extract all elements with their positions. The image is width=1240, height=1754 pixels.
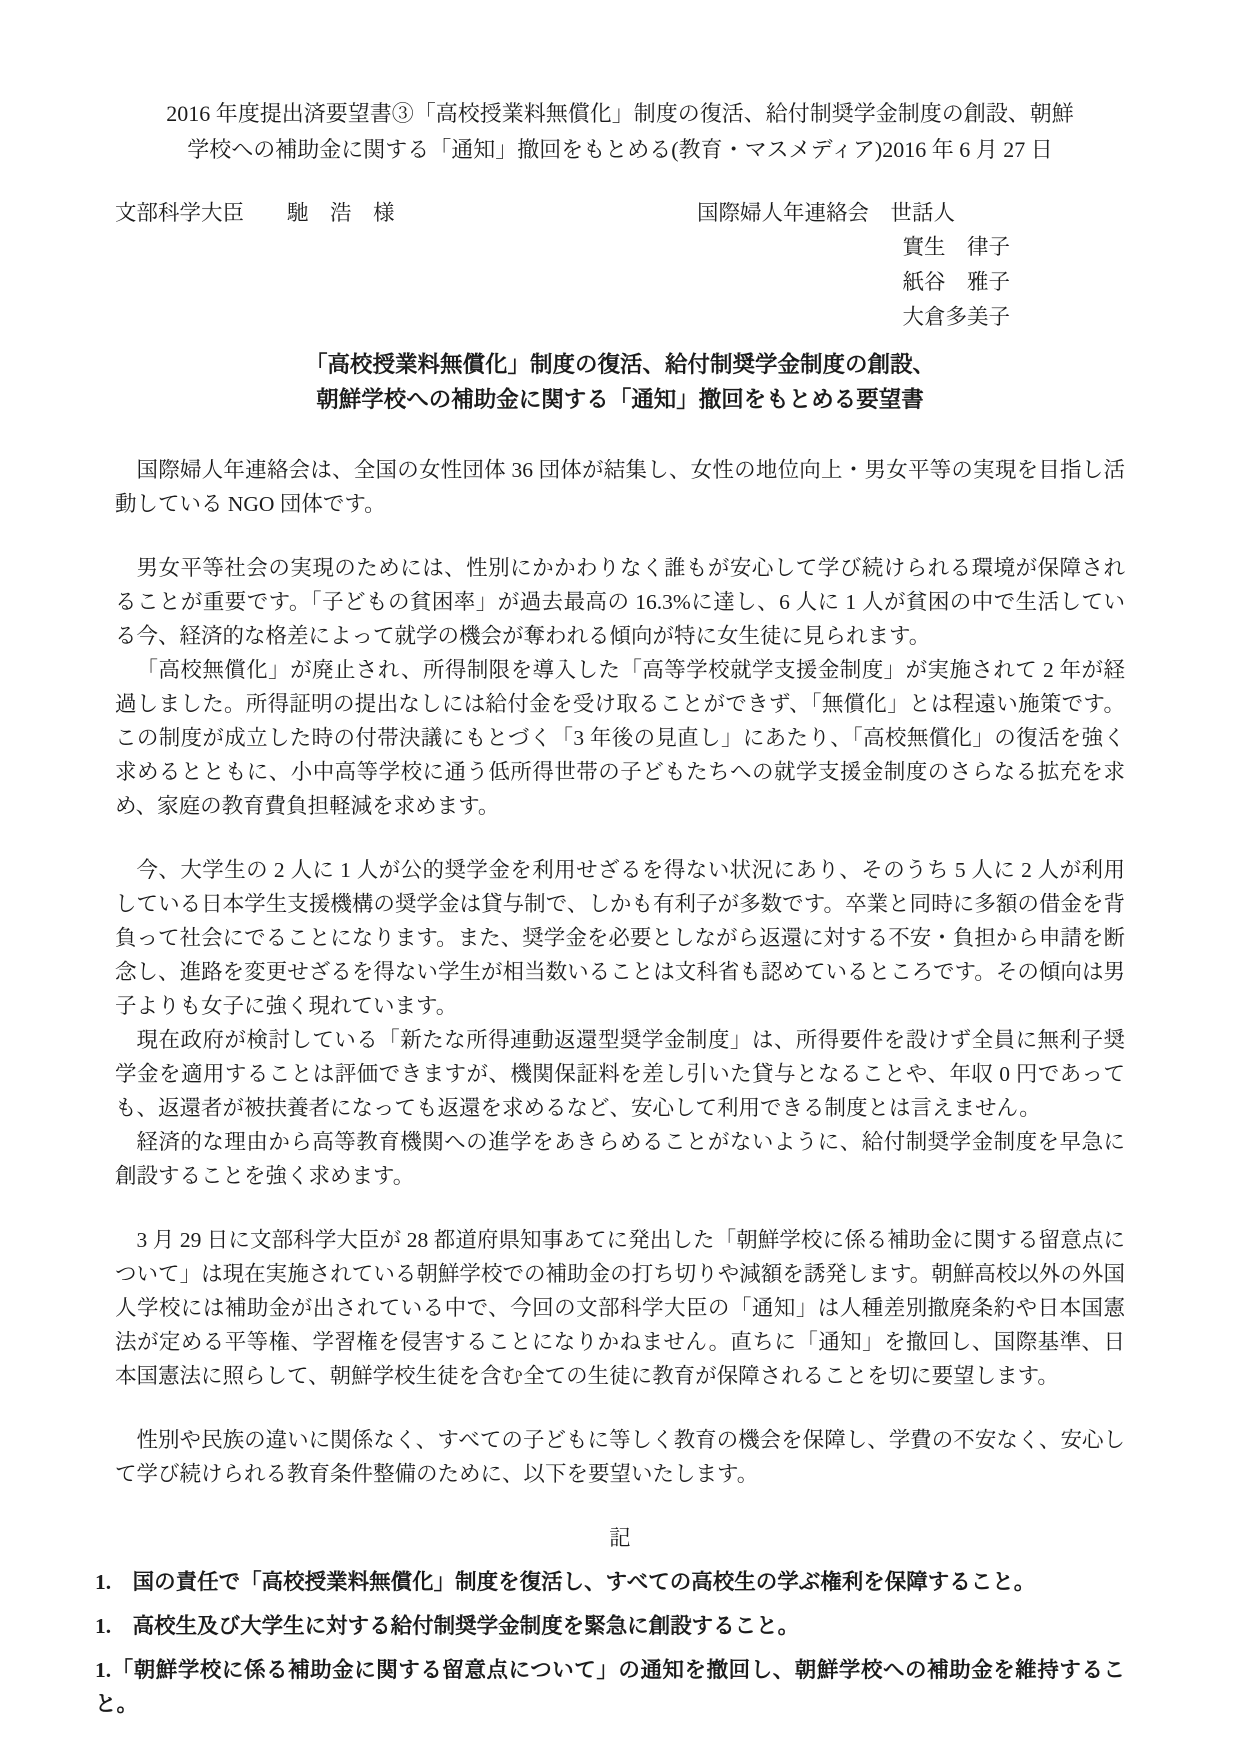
request-item-1: 1. 国の責任で「高校授業料無償化」制度を復活し、すべての高校生の学ぶ権利を保障… xyxy=(95,1565,1125,1599)
signatory-2: 紙谷 雅子 xyxy=(902,265,1010,300)
document-title-line1: 2016 年度提出済要望書③「高校授業料無償化」制度の復活、給付制奨学金制度の創… xyxy=(115,96,1125,132)
signatories-block: 實生 律子 紙谷 雅子 大倉多美子 xyxy=(902,230,1010,335)
paragraph-grant-scholarship: 経済的な理由から高等教育機関への進学をあきらめることがないように、給付制奨学金制… xyxy=(115,1125,1125,1193)
signatory-1: 實生 律子 xyxy=(902,230,1010,265)
document-page: 2016 年度提出済要望書③「高校授業料無償化」制度の復活、給付制奨学金制度の創… xyxy=(0,0,1240,1754)
request-heading-line1: 「高校授業料無償化」制度の復活、給付制奨学金制度の創設、 xyxy=(115,347,1125,382)
paragraph-new-scheme: 現在政府が検討している「新たな所得連動返還型奨学金制度」は、所得要件を設けず全員… xyxy=(115,1023,1125,1125)
document-title: 2016 年度提出済要望書③「高校授業料無償化」制度の復活、給付制奨学金制度の創… xyxy=(115,96,1125,168)
request-list: 1. 国の責任で「高校授業料無償化」制度を復活し、すべての高校生の学ぶ権利を保障… xyxy=(95,1565,1125,1721)
ki-marker: 記 xyxy=(115,1521,1125,1555)
addressee-row: 文部科学大臣 馳 浩 様 国際婦人年連絡会 世話人 xyxy=(115,196,1125,230)
paragraph-tuition-free: 「高校無償化」が廃止され、所得制限を導入した「高等学校就学支援金制度」が実施され… xyxy=(115,653,1125,823)
document-title-line2: 学校への補助金に関する「通知」撤回をもとめる(教育・マスメディア)2016 年 … xyxy=(115,132,1125,168)
request-item-3: 1.「朝鮮学校に係る補助金に関する留意点について」の通知を撤回し、朝鮮学校への補… xyxy=(95,1653,1125,1721)
request-item-2: 1. 高校生及び大学生に対する給付制奨学金制度を緊急に創設すること。 xyxy=(95,1609,1125,1643)
organization-name: 国際婦人年連絡会 世話人 xyxy=(697,196,1125,230)
paragraph-scholarship-loans: 今、大学生の 2 人に 1 人が公的奨学金を利用せざるを得ない状況にあり、そのう… xyxy=(115,853,1125,1023)
addressee-name: 文部科学大臣 馳 浩 様 xyxy=(115,196,395,230)
request-heading-line2: 朝鮮学校への補助金に関する「通知」撤回をもとめる要望書 xyxy=(115,382,1125,417)
paragraph-closing: 性別や民族の違いに関係なく、すべての子どもに等しく教育の機会を保障し、学費の不安… xyxy=(115,1423,1125,1491)
paragraph-intro: 国際婦人年連絡会は、全国の女性団体 36 団体が結集し、女性の地位向上・男女平等… xyxy=(115,453,1125,521)
signatory-3: 大倉多美子 xyxy=(902,300,1010,335)
paragraph-korean-schools: 3 月 29 日に文部科学大臣が 28 都道府県知事あてに発出した「朝鮮学校に係… xyxy=(115,1223,1125,1393)
paragraph-equality: 男女平等社会の実現のためには、性別にかかわりなく誰もが安心して学び続けられる環境… xyxy=(115,551,1125,653)
request-heading: 「高校授業料無償化」制度の復活、給付制奨学金制度の創設、 朝鮮学校への補助金に関… xyxy=(115,347,1125,417)
